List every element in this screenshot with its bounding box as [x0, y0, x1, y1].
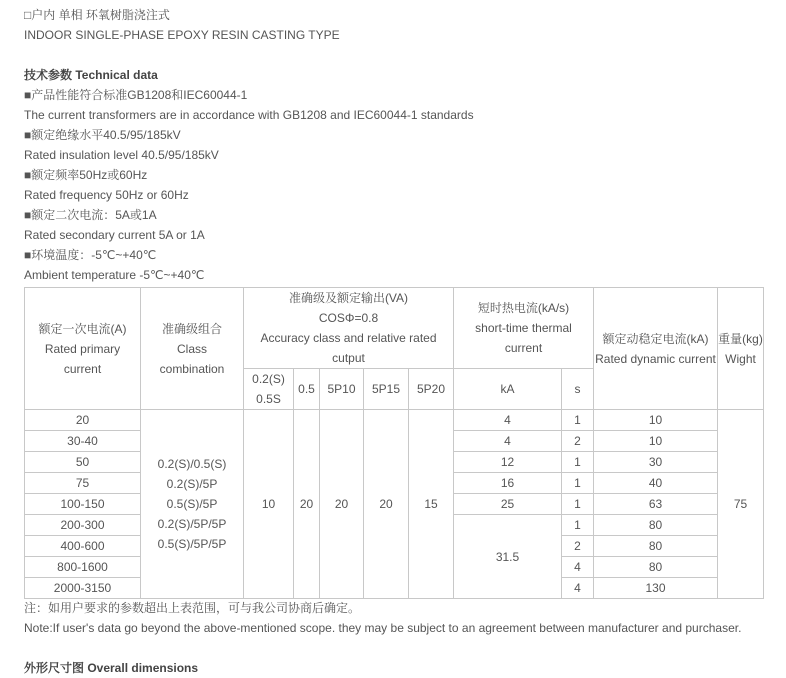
header-primary-current: 额定一次电流(A) Rated primary current: [25, 288, 141, 410]
cell-primary-current: 800-1600: [25, 557, 141, 578]
spec-item-insulation-en: Rated insulation level 40.5/95/185kV: [24, 145, 219, 165]
cell-thermal-ka: 16: [454, 473, 562, 494]
subheader-5p20: 5P20: [409, 369, 454, 410]
cell-primary-current: 400-600: [25, 536, 141, 557]
title-en: INDOOR SINGLE-PHASE EPOXY RESIN CASTING …: [24, 25, 340, 45]
dimensions-heading: 外形尺寸图 Overall dimensions: [24, 658, 198, 678]
cell-primary-current: 75: [25, 473, 141, 494]
cell-dynamic-current: 80: [594, 515, 718, 536]
cell-output-acc_5p10: 20: [320, 410, 364, 599]
cell-thermal-s: 1: [562, 410, 594, 431]
spec-item-frequency-cn: ■额定频率50Hz或60Hz: [24, 165, 147, 185]
spec-item-temperature-en: Ambient temperature -5℃~+40℃: [24, 265, 204, 285]
cell-thermal-ka: 12: [454, 452, 562, 473]
cell-thermal-ka: 4: [454, 410, 562, 431]
subheader-ka: kA: [454, 369, 562, 410]
subheader-5p15: 5P15: [364, 369, 409, 410]
cell-thermal-ka: 4: [454, 431, 562, 452]
subheader-5p10: 5P10: [320, 369, 364, 410]
cell-thermal-s: 4: [562, 578, 594, 599]
header-accuracy-output: 准确级及额定输出(VA) COSΦ=0.8 Accuracy class and…: [244, 288, 454, 369]
spec-item-standard-cn: ■产品性能符合标准GB1208和IEC60044-1: [24, 85, 247, 105]
cell-thermal-s: 1: [562, 473, 594, 494]
cell-thermal-s: 2: [562, 431, 594, 452]
cell-thermal-ka: 25: [454, 494, 562, 515]
spec-item-secondary-en: Rated secondary current 5A or 1A: [24, 225, 205, 245]
title-cn: □户内 单相 环氧树脂浇注式: [24, 5, 170, 25]
header-weight: 重量(kg) Wight: [718, 288, 764, 410]
cell-output-acc_5p20: 15: [409, 410, 454, 599]
cell-dynamic-current: 10: [594, 410, 718, 431]
header-thermal-current: 短时热电流(kA/s) short-time thermal current: [454, 288, 594, 369]
cell-dynamic-current: 10: [594, 431, 718, 452]
note-en: Note:If user's data go beyond the above-…: [24, 618, 741, 638]
header-class-combination: 准确级组合 Class combination: [141, 288, 244, 410]
cell-thermal-s: 1: [562, 452, 594, 473]
cell-primary-current: 100-150: [25, 494, 141, 515]
subheader-0.5: 0.5: [294, 369, 320, 410]
cell-primary-current: 50: [25, 452, 141, 473]
subheader-s: s: [562, 369, 594, 410]
technical-heading: 技术参数 Technical data: [24, 65, 158, 85]
spec-item-temperature-cn: ■环境温度：-5℃~+40℃: [24, 245, 156, 265]
cell-thermal-s: 1: [562, 494, 594, 515]
cell-output-acc_05: 20: [294, 410, 320, 599]
cell-thermal-s: 4: [562, 557, 594, 578]
cell-class-combination: 0.2(S)/0.5(S)0.2(S)/5P0.5(S)/5P0.2(S)/5P…: [141, 410, 244, 599]
cell-dynamic-current: 40: [594, 473, 718, 494]
spec-item-secondary-cn: ■额定二次电流：5A或1A: [24, 205, 157, 225]
spec-item-insulation-cn: ■额定绝缘水平40.5/95/185kV: [24, 125, 181, 145]
cell-output-acc_02s: 10: [244, 410, 294, 599]
cell-primary-current: 30-40: [25, 431, 141, 452]
cell-dynamic-current: 130: [594, 578, 718, 599]
header-dynamic-current: 额定动稳定电流(kA) Rated dynamic current: [594, 288, 718, 410]
cell-thermal-s: 1: [562, 515, 594, 536]
subheader-0.2s: 0.2(S) 0.5S: [244, 369, 294, 410]
cell-dynamic-current: 80: [594, 536, 718, 557]
cell-dynamic-current: 30: [594, 452, 718, 473]
cell-primary-current: 200-300: [25, 515, 141, 536]
table-row: 200.2(S)/0.5(S)0.2(S)/5P0.5(S)/5P0.2(S)/…: [25, 410, 764, 431]
cell-thermal-ka: 31.5: [454, 515, 562, 599]
cell-primary-current: 20: [25, 410, 141, 431]
cell-weight: 75: [718, 410, 764, 599]
spec-item-standard-en: The current transformers are in accordan…: [24, 105, 474, 125]
note-cn: 注：如用户要求的参数超出上表范围，可与我公司协商后确定。: [24, 598, 360, 618]
cell-dynamic-current: 80: [594, 557, 718, 578]
technical-data-table: 额定一次电流(A) Rated primary current 准确级组合 Cl…: [24, 287, 764, 599]
spec-item-frequency-en: Rated frequency 50Hz or 60Hz: [24, 185, 189, 205]
cell-primary-current: 2000-3150: [25, 578, 141, 599]
cell-output-acc_5p15: 20: [364, 410, 409, 599]
cell-dynamic-current: 63: [594, 494, 718, 515]
cell-thermal-s: 2: [562, 536, 594, 557]
